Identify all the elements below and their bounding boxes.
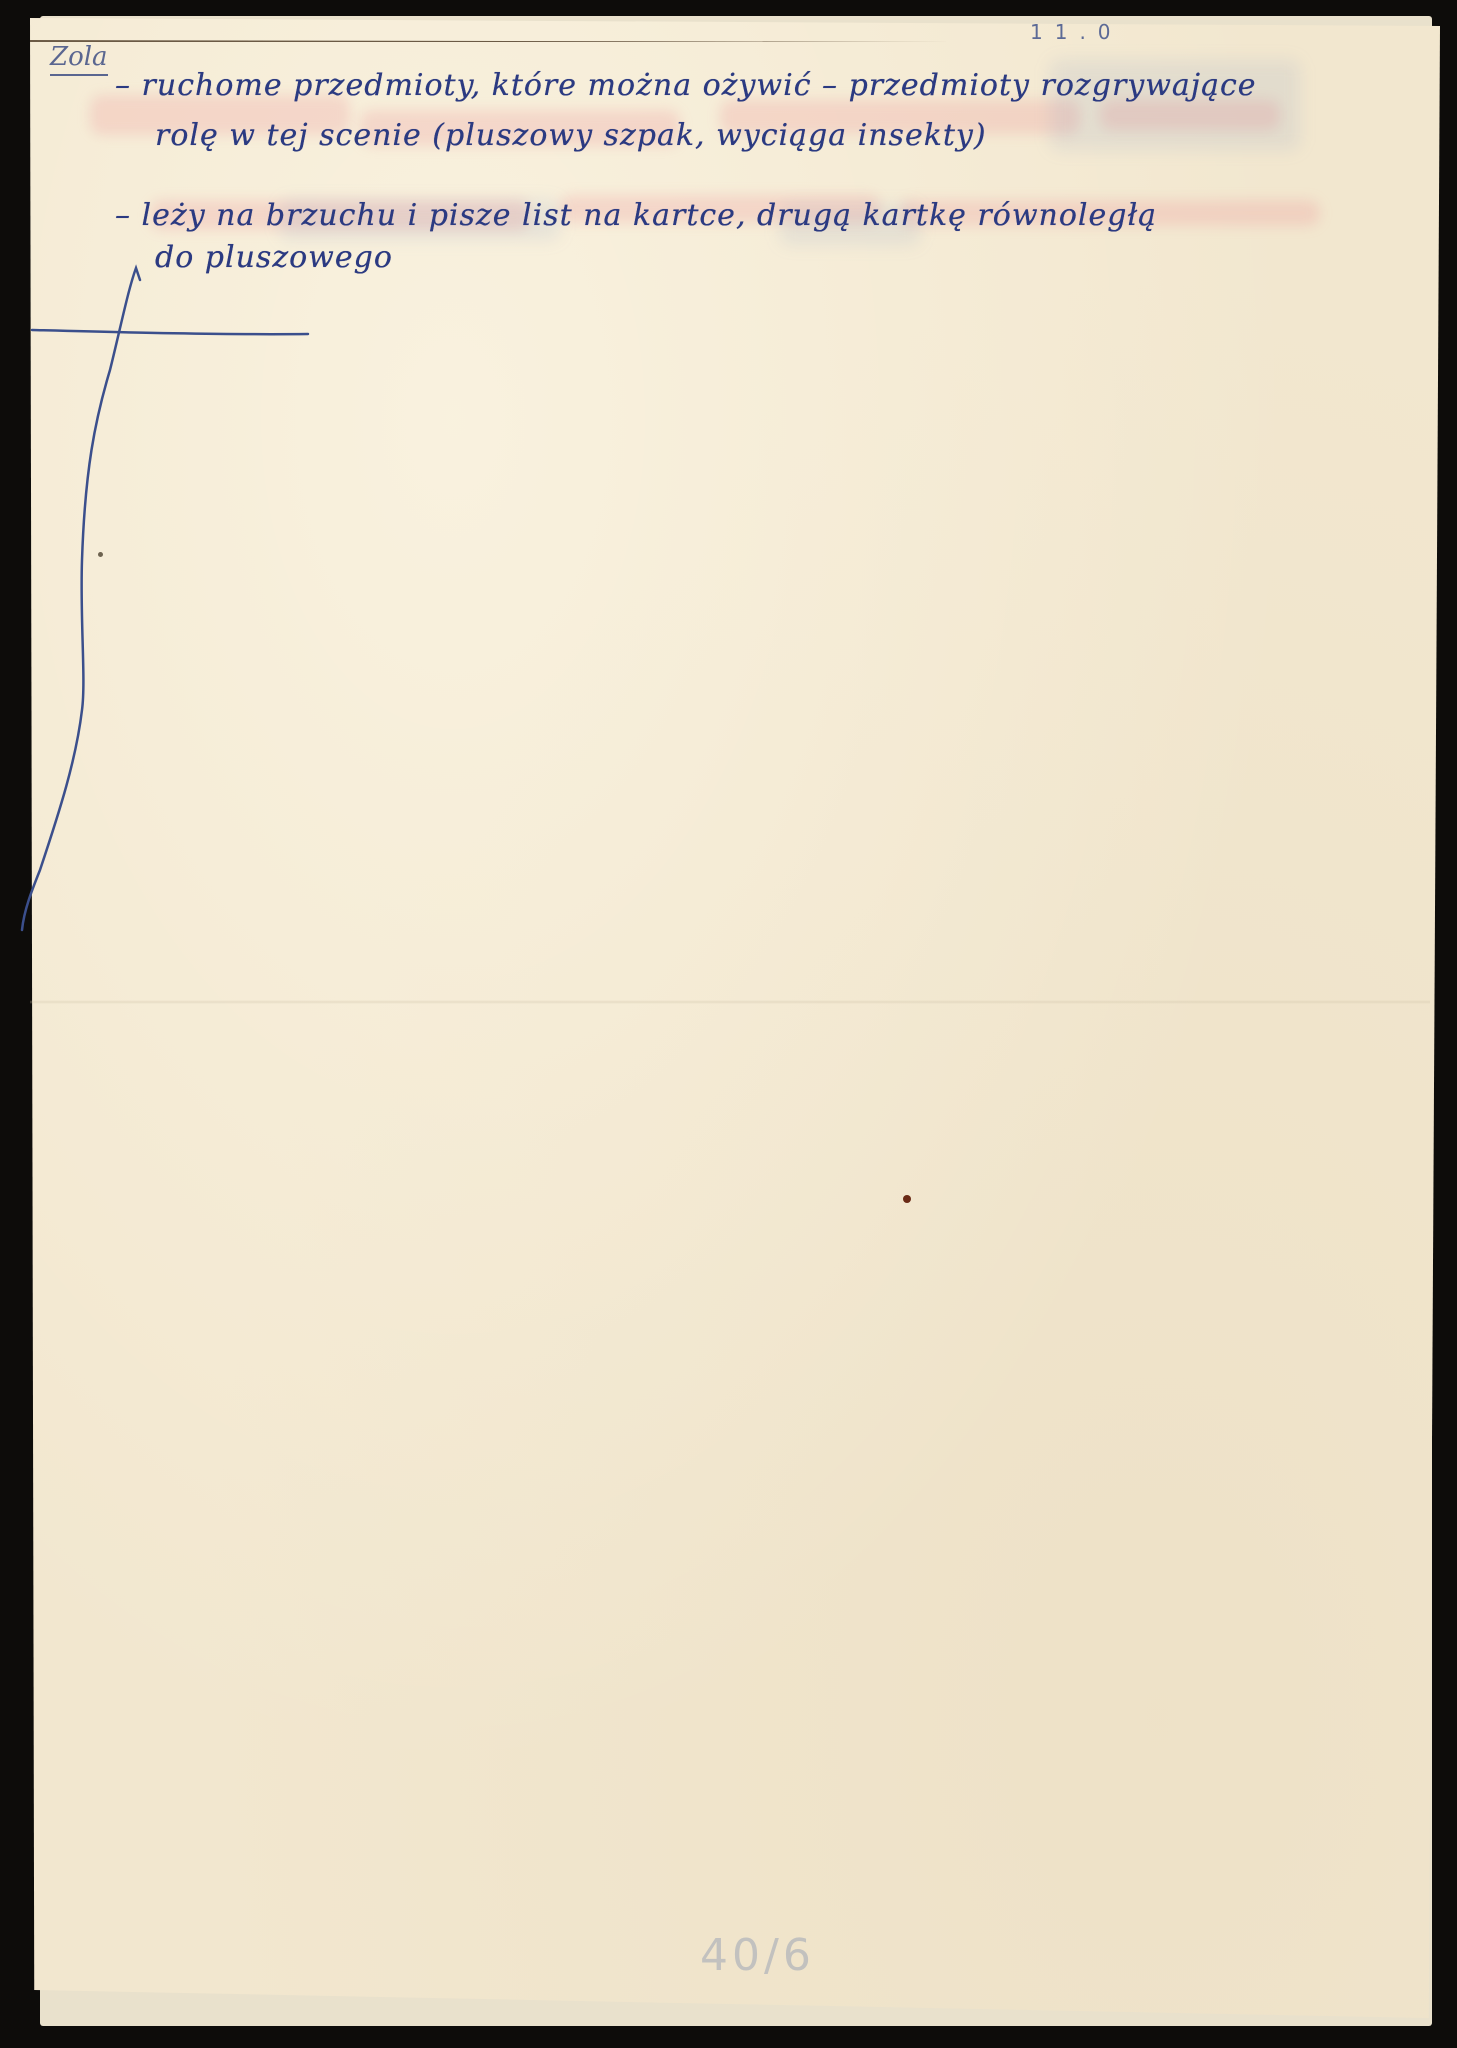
note-2-line-2: do pluszowego <box>155 240 393 275</box>
bullet-dash: – <box>115 68 131 103</box>
note-text: leży na brzuchu i pisze list na kartce, … <box>142 198 1158 233</box>
top-page-number: 11.0 <box>1030 20 1123 44</box>
bullet-dash: – <box>115 198 131 233</box>
note-1-line-2: rolę w tej scenie (pluszowy szpak, wycią… <box>155 118 987 153</box>
bottom-faint-marking: 40/6 <box>700 1930 815 1981</box>
note-2-line-1: – leży na brzuchu i pisze list na kartce… <box>115 198 1157 233</box>
paper-fold <box>30 1000 1430 1004</box>
corner-annotation: Zola <box>50 42 108 76</box>
document-page <box>30 18 1440 2018</box>
note-text: rolę w tej scenie (pluszowy szpak, wycią… <box>155 118 987 153</box>
note-text: ruchome przedmioty, które można ożywić –… <box>142 68 1257 103</box>
note-text: do pluszowego <box>155 240 393 275</box>
note-1-line-1: – ruchome przedmioty, które można ożywić… <box>115 68 1257 103</box>
ink-stain <box>903 1195 911 1203</box>
ink-stain <box>98 552 103 557</box>
